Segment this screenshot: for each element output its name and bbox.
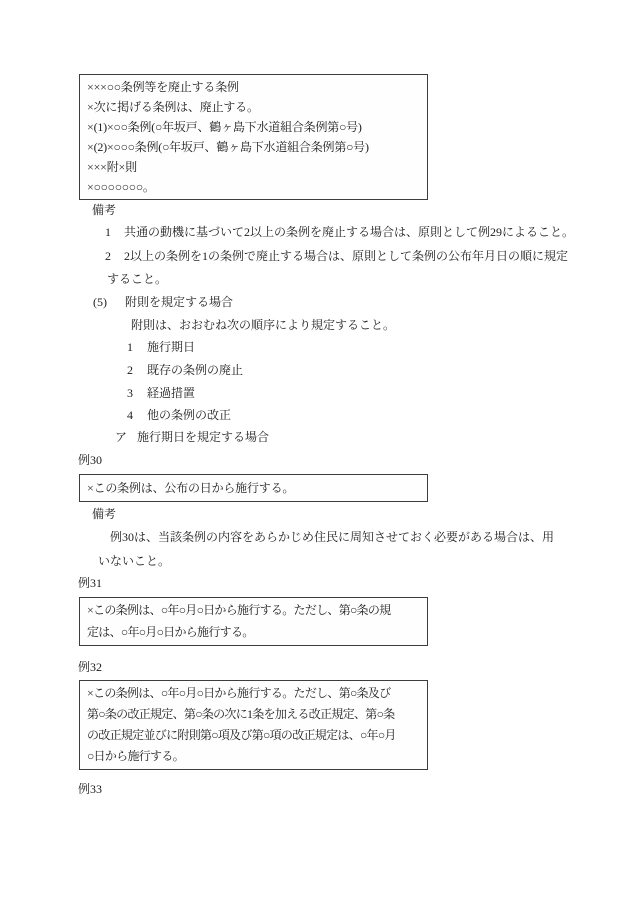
remark-item-number: 1: [105, 224, 124, 240]
list-item-text: 既存の条例の廃止: [147, 363, 243, 377]
example-label-32: 例32: [78, 659, 102, 675]
example-label-31: 例31: [78, 575, 102, 591]
ordered-list-item: 3経過措置: [127, 385, 195, 401]
example-30-box: ×この条例は、公布の日から施行する。: [79, 474, 428, 502]
remark-item-continuation: すること。: [107, 271, 167, 287]
box-line: ×次に掲げる条例は、廃止する。: [87, 97, 420, 117]
example-label-33: 例33: [78, 781, 102, 797]
section-intro: 附則は、おおむね次の順序により規定すること。: [131, 317, 395, 333]
remarks-heading: 備考: [92, 202, 116, 218]
box-line: ○日から施行する。: [87, 746, 420, 767]
list-item-text: 他の条例の改正: [147, 408, 231, 422]
box-line: ×この条例は、○年○月○日から施行する。ただし、第○条及び: [87, 683, 420, 704]
remark-text-line: いないこと。: [98, 553, 170, 569]
section-title: 附則を規定する場合: [125, 295, 233, 309]
list-item-number: 2: [127, 362, 147, 378]
document-page: ×××○○条例等を廃止する条例 ×次に掲げる条例は、廃止する。 ×(1)×○○条…: [0, 0, 630, 903]
ordered-list-item: 2既存の条例の廃止: [127, 362, 243, 378]
section-heading: (5)附則を規定する場合: [93, 294, 233, 310]
box-line: の改正規定並びに附則第○項及び第○項の改正規定は、○年○月: [87, 725, 420, 746]
sub-section-title: 施行期日を規定する場合: [137, 430, 269, 444]
ordered-list-item: 4他の条例の改正: [127, 407, 231, 423]
box-line: ×○○○○○○○。: [87, 177, 420, 197]
box-line: 第○条の改正規定、第○条の次に1条を加える改正規定、第○条: [87, 704, 420, 725]
box-line: 定は、○年○月○日から施行する。: [87, 622, 420, 644]
ordered-list-item: 1施行期日: [127, 339, 195, 355]
box-line: ×(1)×○○条例(○年坂戸、鶴ヶ島下水道組合条例第○号): [87, 117, 420, 137]
example-31-box: ×この条例は、○年○月○日から施行する。ただし、第○条の規 定は、○年○月○日か…: [79, 597, 428, 646]
list-item-number: 4: [127, 407, 147, 423]
example-label-30: 例30: [78, 452, 102, 468]
list-item-text: 施行期日: [147, 340, 195, 354]
list-item-text: 経過措置: [147, 386, 195, 400]
sub-section-letter: ア: [115, 429, 137, 445]
box-line: ×(2)×○○○条例(○年坂戸、鶴ヶ島下水道組合条例第○号): [87, 137, 420, 157]
box-line: ×この条例は、○年○月○日から施行する。ただし、第○条の規: [87, 600, 420, 622]
list-item-number: 1: [127, 339, 147, 355]
remark-item-text: 2以上の条例を1の条例で廃止する場合は、原則として条例の公布年月日の順に規定: [124, 249, 568, 263]
remark-text-line: 例30は、当該条例の内容をあらかじめ住民に周知させておく必要がある場合は、用: [110, 529, 554, 545]
box-line: ×この条例は、公布の日から施行する。: [87, 479, 420, 497]
example-32-box: ×この条例は、○年○月○日から施行する。ただし、第○条及び 第○条の改正規定、第…: [79, 680, 428, 770]
list-item-number: 3: [127, 385, 147, 401]
repeal-ordinance-example-box: ×××○○条例等を廃止する条例 ×次に掲げる条例は、廃止する。 ×(1)×○○条…: [79, 74, 428, 200]
remark-item-text: 共通の動機に基づいて2以上の条例を廃止する場合は、原則として例29によること。: [124, 225, 574, 239]
section-number: (5): [93, 294, 125, 310]
remark-item: 1共通の動機に基づいて2以上の条例を廃止する場合は、原則として例29によること。: [105, 224, 574, 240]
remark-item-number: 2: [105, 248, 124, 264]
box-line: ×××○○条例等を廃止する条例: [87, 77, 420, 97]
box-line: ×××附×則: [87, 157, 420, 177]
remark-item: 22以上の条例を1の条例で廃止する場合は、原則として条例の公布年月日の順に規定: [105, 248, 568, 264]
sub-section-heading: ア施行期日を規定する場合: [115, 429, 269, 445]
remarks-heading: 備考: [92, 506, 116, 522]
